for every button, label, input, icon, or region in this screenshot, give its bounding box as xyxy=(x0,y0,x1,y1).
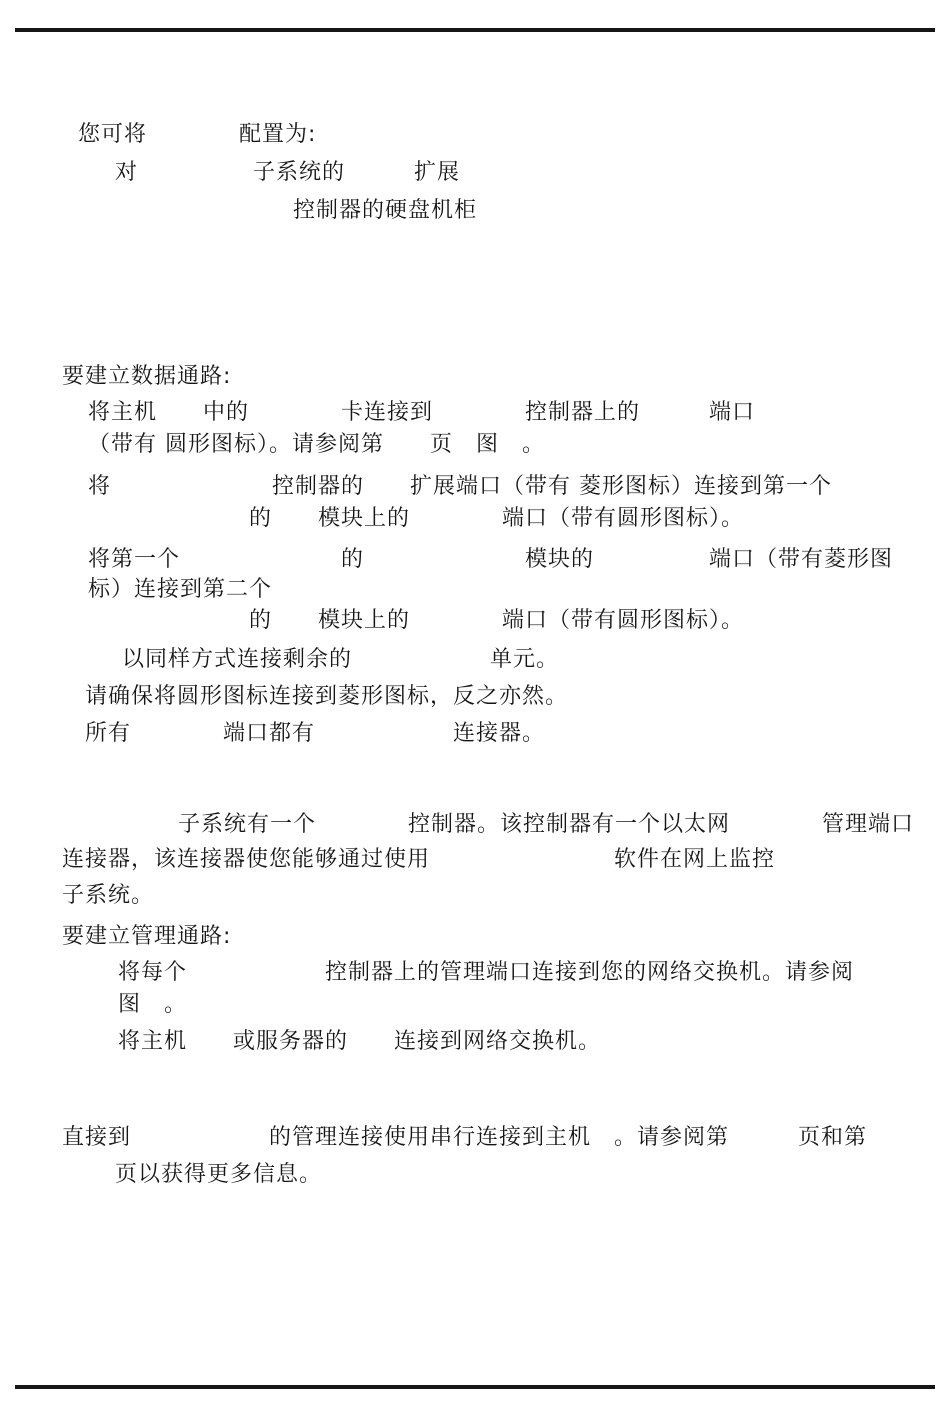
heading-management-path: 要建立管理通路: xyxy=(62,925,231,949)
bottom-rule xyxy=(15,1385,935,1389)
heading-data-path: 要建立数据通路: xyxy=(62,365,231,389)
intro-line-2: 对 子系统的 扩展 xyxy=(115,161,460,185)
serial-para-line-1: 直接到 的管理连接使用串行连接到主机 。请参阅第 页和第 xyxy=(62,1126,867,1150)
top-rule xyxy=(15,28,935,32)
data-step-1-line-2: （带有 圆形图标）。请参阅第 页 图 。 xyxy=(88,433,545,457)
data-step-2-line-2: 的 模块上的 端口（带有圆形图标）。 xyxy=(249,507,744,531)
intro-line-3: 控制器的硬盘机柜 xyxy=(293,199,477,223)
data-step-3-line-2: 标）连接到第二个 xyxy=(88,578,272,602)
management-para-line-1: 子系统有一个 控制器。该控制器有一个以太网 管理端口 xyxy=(178,813,914,837)
mgmt-step-2: 将主机 或服务器的 连接到网络交换机。 xyxy=(118,1030,601,1054)
document-page: 您可将 配置为:对 子系统的 扩展控制器的硬盘机柜要建立数据通路:将主机 中的 … xyxy=(0,0,950,1414)
data-step-4: 以同样方式连接剩余的 单元。 xyxy=(122,648,559,672)
data-step-2-line-1: 将 控制器的 扩展端口（带有 菱形图标）连接到第一个 xyxy=(88,475,832,499)
data-note-2: 所有 端口都有 连接器。 xyxy=(85,722,545,746)
mgmt-step-1-line-1: 将每个 控制器上的管理端口连接到您的网络交换机。请参阅 xyxy=(118,961,854,985)
intro-line-1: 您可将 配置为: xyxy=(78,123,316,147)
management-para-line-3: 子系统。 xyxy=(62,884,154,908)
management-para-line-2: 连接器，该连接器使您能够通过使用 软件在网上监控 xyxy=(62,848,775,872)
data-note-1: 请确保将圆形图标连接到菱形图标，反之亦然。 xyxy=(85,685,568,709)
serial-para-line-2: 页以获得更多信息。 xyxy=(115,1163,322,1187)
data-step-3-line-3: 的 模块上的 端口（带有圆形图标）。 xyxy=(249,609,744,633)
mgmt-step-1-line-2: 图 。 xyxy=(118,993,187,1017)
data-step-1-line-1: 将主机 中的 卡连接到 控制器上的 端口 xyxy=(88,401,755,425)
data-step-3-line-1: 将第一个 的 模块的 端口（带有菱形图 xyxy=(88,548,893,572)
